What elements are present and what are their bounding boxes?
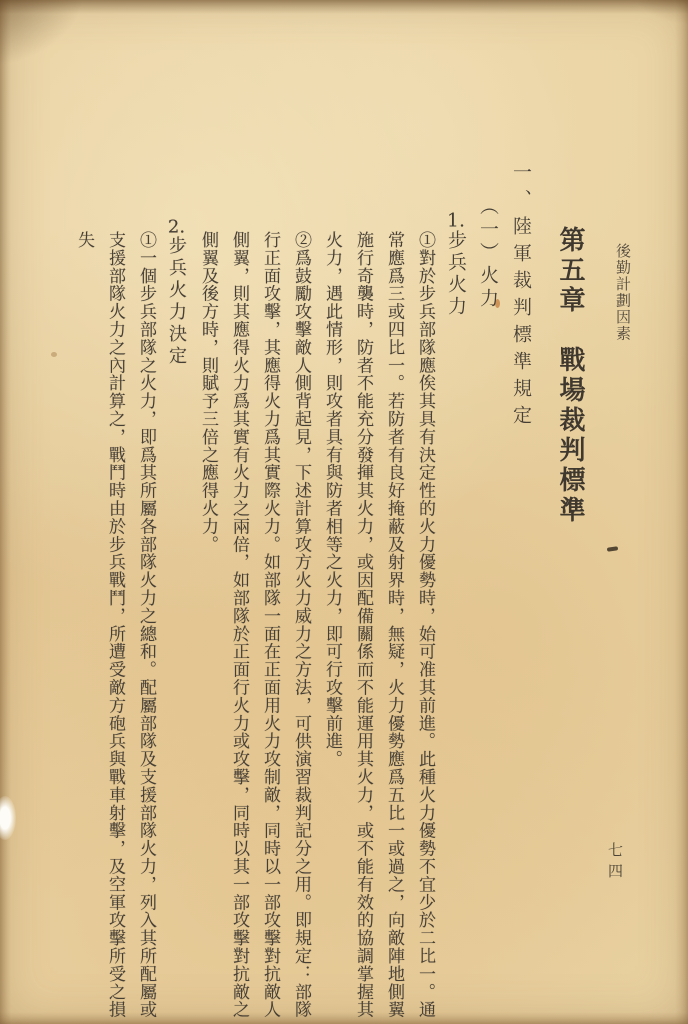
body-text-block: ①對於步兵部隊應俟其具有決定性的火力優勢時，始可准其前進。此種火力優勢不宜少於二… bbox=[99, 231, 440, 1021]
section-heading: 一、陸軍裁判標準規定 bbox=[508, 162, 535, 432]
item-2-title: 步兵火力決定 bbox=[166, 236, 187, 368]
item-1-title: 步兵火力 bbox=[445, 230, 467, 318]
paragraph: ①對於步兵部隊應俟其具有決定性的火力優勢時，始可准其前進。此種火力優勢不宜少於二… bbox=[316, 231, 440, 1021]
subsection-heading: （一）火力 bbox=[475, 196, 502, 311]
chapter-title: 第五章 戰場裁判標準 bbox=[552, 226, 589, 526]
item-1-heading: 1.步兵火力 bbox=[443, 211, 470, 318]
item-2-marker: 2. bbox=[166, 218, 187, 236]
paragraph: ①一個步兵部隊之火力，即爲其所屬各部隊火力之總和。配屬部隊及支援部隊火力，列入其… bbox=[68, 231, 161, 1021]
item-1-marker: 1. bbox=[445, 211, 467, 230]
running-head: 後勤計劃因素 bbox=[613, 243, 634, 342]
paragraph: ②爲鼓勵攻擊敵人側背起見，下述計算攻方火力威力之方法，可供演習裁判記分之用。即規… bbox=[192, 231, 316, 1021]
scanned-document-page: 後勤計劃因素 第五章 戰場裁判標準 一、陸軍裁判標準規定 （一）火力 1.步兵火… bbox=[0, 0, 688, 1024]
page-number: 七四 bbox=[605, 842, 626, 884]
item-2-heading: 2.步兵火力決定 bbox=[161, 218, 192, 1021]
stain-speck bbox=[51, 352, 57, 357]
